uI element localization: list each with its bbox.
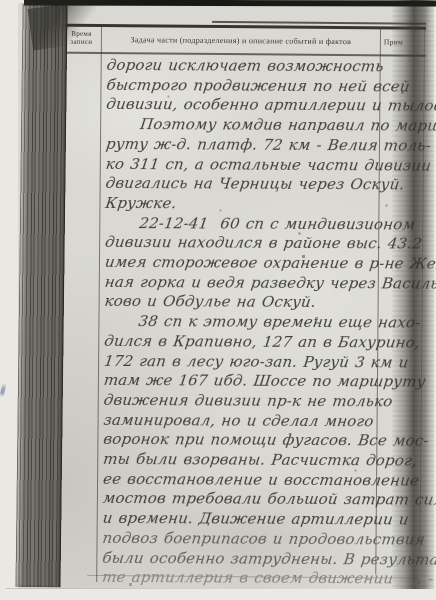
manuscript-line: дороги исключает возможность bbox=[106, 56, 385, 75]
manuscript-line: там же 167 ибд. Шоссе по маршруту bbox=[103, 371, 427, 391]
manuscript-line: дивизии, особенно артиллерии и тылов. bbox=[105, 95, 436, 115]
manuscript-line: дился в Крапивно, 127 ап в Бахурино, bbox=[103, 332, 421, 352]
manuscript-line: и времени. Движение артиллерии и bbox=[102, 509, 410, 529]
scanner-shadow-right bbox=[392, 0, 434, 592]
manuscript-line: те артиллерия в своем движении . - bbox=[101, 568, 435, 588]
manuscript-line: быстрого продвижения по ней всей bbox=[105, 76, 411, 96]
manuscript-line: 22-12-41 60 сп с миндивизионом bbox=[104, 214, 416, 234]
manuscript-line: ее восстановление и восстановление bbox=[102, 470, 420, 490]
dust-speckles bbox=[0, 0, 1, 1]
manuscript-line: 38 сп к этому времени еще нахо- bbox=[103, 312, 421, 332]
manuscript-line: дивизии находился в районе выс. 43.2 bbox=[104, 233, 423, 253]
manuscript-line: воронок при помощи фугасов. Все мос- bbox=[102, 430, 430, 450]
scan-edge-top bbox=[24, 0, 436, 7]
binding-shadow-band bbox=[15, 4, 67, 588]
manuscript-line: 172 гап в лесу юго-зап. Ругуй 3 км и bbox=[103, 352, 410, 372]
manuscript-line: подвоз боеприпасов и продовольствия bbox=[101, 529, 426, 549]
manuscript-line: Поэтому комдив направил по марш- bbox=[105, 115, 436, 135]
scanned-document-photo: Время записи Задача части (подразделения… bbox=[0, 0, 436, 600]
scanner-bed-bottom bbox=[0, 589, 436, 600]
manuscript-line: Кружке. bbox=[104, 194, 177, 212]
manuscript-line: заминировал, но и сделал много bbox=[103, 411, 375, 430]
manuscript-line: ково и Обдулье на Оскуй. bbox=[104, 292, 318, 311]
manuscript-line: движения дивизии пр-к не только bbox=[103, 391, 394, 410]
manuscript-line: ная горка и ведя разведку через Василь- bbox=[104, 273, 436, 293]
manuscript-line: ко 311 сп, а остальные части дивизии bbox=[105, 155, 433, 175]
manuscript-line: ты были взорваны. Расчистка дорог, bbox=[102, 450, 418, 470]
manuscript-line: были особенно затруднены. В результа- bbox=[101, 549, 436, 569]
manuscript-line: руту ж-д. платф. 72 км - Велия толь- bbox=[105, 135, 432, 155]
manuscript-line: мостов требовали большой затрат сил bbox=[102, 489, 436, 509]
manuscript-line: имея сторожевое охранение в р-не Желез- bbox=[104, 253, 436, 273]
manuscript-line: двигались на Черницы через Оскуй. bbox=[105, 174, 406, 194]
